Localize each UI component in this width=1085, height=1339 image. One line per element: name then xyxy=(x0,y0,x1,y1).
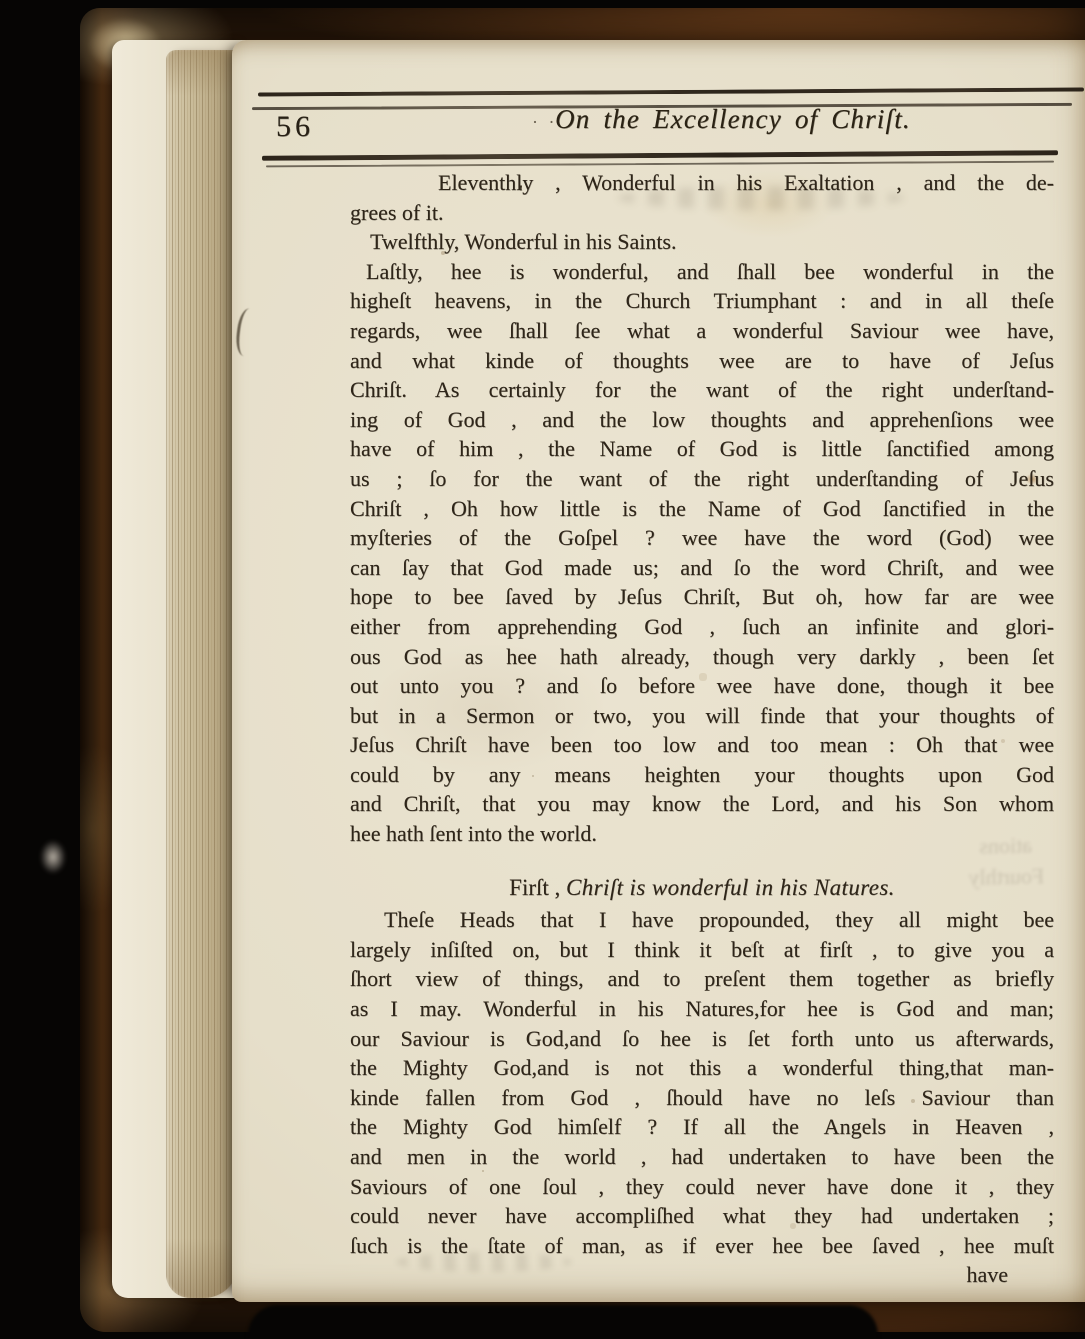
paragraph-group-2: Theſe Heads that I have propounded, they… xyxy=(350,905,1054,1260)
text-line: either from apprehending God , ſuch an i… xyxy=(350,612,1054,642)
text-line: myſteries of the Goſpel ? wee have the w… xyxy=(350,523,1054,553)
text-line: Chriſt. As certainly for the want of the… xyxy=(350,375,1054,405)
text-line: Laſtly, hee is wonderful, and ſhall bee … xyxy=(350,257,1054,287)
text-line: but in a Sermon or two, you will finde t… xyxy=(350,701,1054,731)
text-line: Twelfthly, Wonderful in his Saints. xyxy=(350,227,1054,257)
text-line: and what kinde of thoughts wee are to ha… xyxy=(350,346,1054,376)
text-line: kinde fallen from God , ſhould have no l… xyxy=(350,1083,1054,1113)
text-line: can ſay that God made us; and ſo the wor… xyxy=(350,553,1054,583)
text-line: regards, wee ſhall ſee what a wonderful … xyxy=(350,316,1054,346)
section-heading-italic: Chriſt is wonderful in his Natures. xyxy=(566,875,895,900)
page-bottom-shadow xyxy=(248,1305,878,1339)
text-line: Eleventhly , Wonderful in his Exaltation… xyxy=(350,168,1054,198)
book-page: 56 · · On the Excellency of Chriſt. ' at… xyxy=(232,40,1085,1302)
page-number: 56 xyxy=(276,110,314,144)
text-line: ſhort view of things, and to preſent the… xyxy=(350,964,1054,994)
header-rule-bottom-1 xyxy=(262,150,1058,160)
text-line: Chriſt , Oh how little is the Name of Go… xyxy=(350,494,1054,524)
header-rule-bottom-2 xyxy=(266,161,1054,168)
text-line: the Mighty God himſelf ? If all the Ange… xyxy=(350,1112,1054,1142)
text-line: ſuch is the ſtate of man, as if ever hee… xyxy=(350,1231,1054,1261)
running-title: On the Excellency of Chriſt. xyxy=(518,104,948,135)
text-line: have of him , the Name of God is little … xyxy=(350,434,1054,464)
page-stack-fore-edge xyxy=(166,50,238,1298)
body-text: Eleventhly , Wonderful in his Exaltation… xyxy=(350,168,1054,1290)
book-photograph: 56 · · On the Excellency of Chriſt. ' at… xyxy=(0,0,1085,1339)
paper-specks xyxy=(232,40,234,42)
section-heading: Firſt , Chriſt is wonderful in his Natur… xyxy=(350,873,1054,903)
text-line: our Saviour is God,and ſo hee is ſet for… xyxy=(350,1024,1054,1054)
text-line: as I may. Wonderful in his Natures,for h… xyxy=(350,994,1054,1024)
text-line: Jeſus Chriſt have been too low and too m… xyxy=(350,730,1054,760)
margin-ink-squiggle xyxy=(234,307,254,356)
text-line: us ; ſo for the want of the right underſ… xyxy=(350,464,1054,494)
header-rule-top-1 xyxy=(258,87,1084,96)
text-line: Theſe Heads that I have propounded, they… xyxy=(350,905,1054,935)
catchword: have xyxy=(350,1260,1054,1290)
paragraph-group-1: Eleventhly , Wonderful in his Exaltation… xyxy=(350,168,1054,849)
spine-fiber-patch xyxy=(40,840,66,874)
text-line: could never have accompliſhed what they … xyxy=(350,1201,1054,1231)
text-line: ous God as hee hath already, though very… xyxy=(350,642,1054,672)
text-line: hope to bee ſaved by Jeſus Chriſt, But o… xyxy=(350,582,1054,612)
text-line: could by any means heighten your thought… xyxy=(350,760,1054,790)
text-line: the Mighty God,and is not this a wonderf… xyxy=(350,1053,1054,1083)
text-line: largely inſiſted on, but I think it beſt… xyxy=(350,935,1054,965)
text-line: and men in the world , had undertaken to… xyxy=(350,1142,1054,1172)
text-line: hee hath ſent into the world. xyxy=(350,819,1054,849)
text-line: ing of God , and the low thoughts and ap… xyxy=(350,405,1054,435)
text-line: out unto you ? and ſo before wee have do… xyxy=(350,671,1054,701)
text-line: grees of it. xyxy=(350,198,1054,228)
text-line: higheſt heavens, in the Church Triumphan… xyxy=(350,286,1054,316)
text-line: Saviours of one ſoul , they could never … xyxy=(350,1172,1054,1202)
section-heading-prefix: Firſt , xyxy=(509,875,566,900)
text-line: and Chriſt, that you may know the Lord, … xyxy=(350,789,1054,819)
